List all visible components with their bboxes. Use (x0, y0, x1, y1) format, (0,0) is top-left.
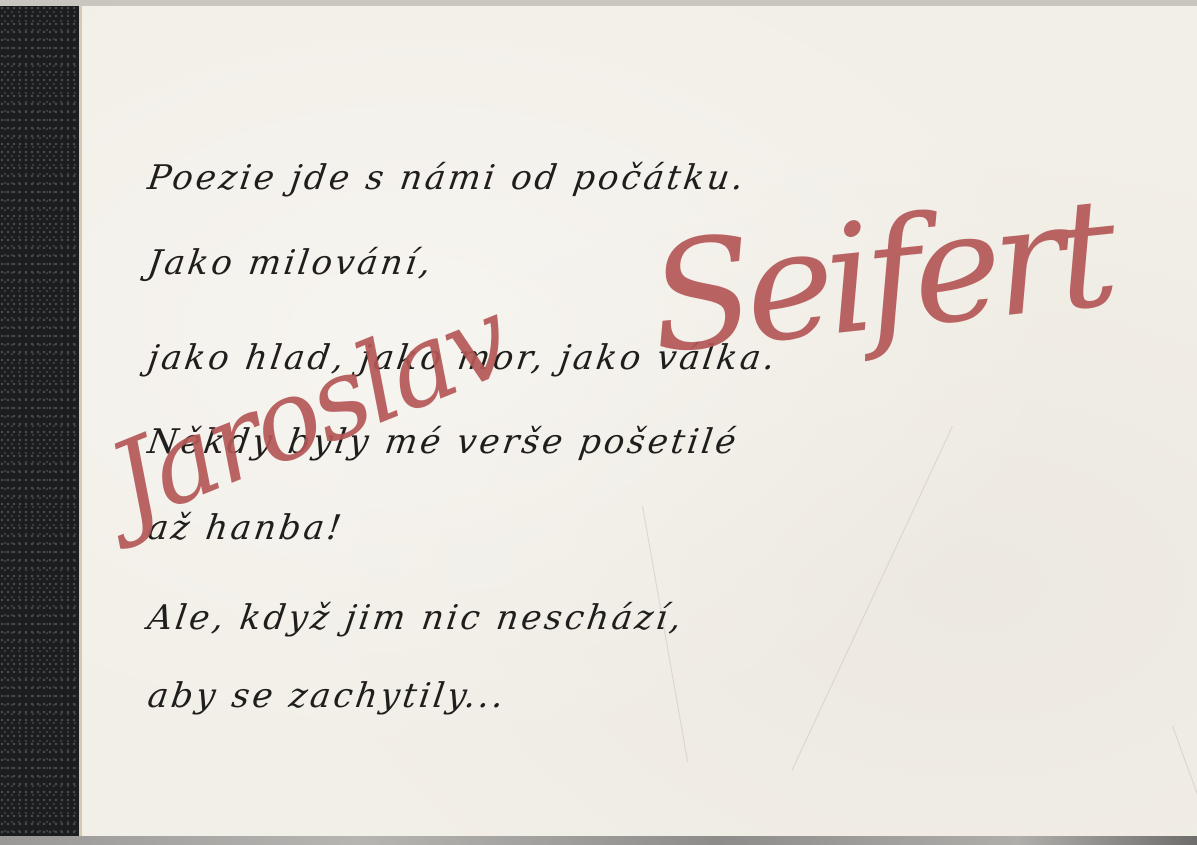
poem-line-1: Poezie jde s námi od počátku. (145, 158, 749, 198)
book-spine (0, 6, 79, 836)
poem-line-7: aby se zachytily... (145, 676, 509, 716)
paper-crease (791, 426, 953, 771)
poem-line-6: Ale, když jim nic neschází, (145, 598, 686, 638)
paper-crease (1172, 726, 1197, 830)
scan-bottom-edge (0, 836, 1197, 845)
poem-line-2: Jako milování, (145, 243, 436, 283)
